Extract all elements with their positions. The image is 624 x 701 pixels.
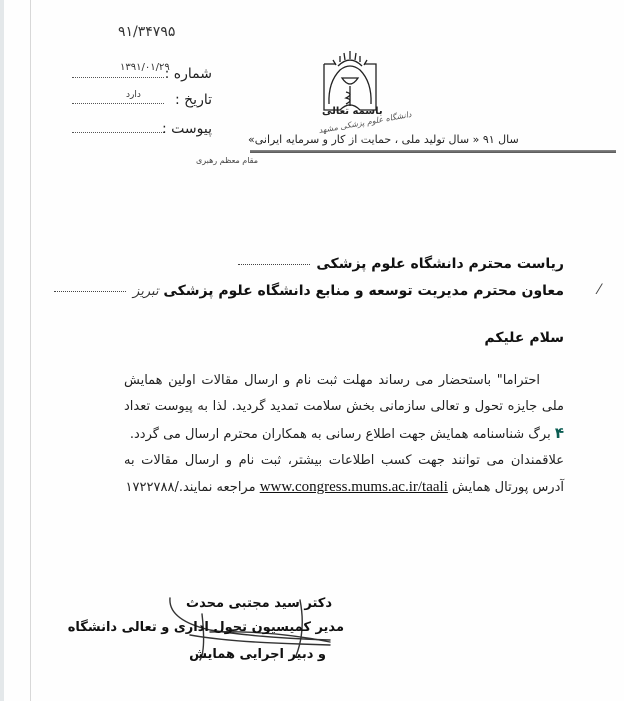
addressee-2-text: معاون محترم مدیریت توسعه و منابع دانشگاه… <box>163 283 564 299</box>
slogan-attribution: مقام معظم رهبری <box>196 156 258 165</box>
letter-date-field: دارد تاریخ : <box>72 88 212 108</box>
letter-number-label: شماره : <box>165 66 212 82</box>
addressee-1-text: ریاست محترم دانشگاه علوم پزشکی <box>316 256 564 272</box>
letter-number-value: ۱۳۹۱/۰۱/۲۹ <box>120 62 170 73</box>
conference-portal-link[interactable]: www.congress.mums.ac.ir/taali <box>260 479 448 495</box>
addressee-line-1: ریاست محترم دانشگاه علوم پزشکی <box>238 256 564 272</box>
letter-date-value: دارد <box>126 90 141 100</box>
attachment-field: پیوست : <box>72 117 212 137</box>
addressee-line-2: معاون محترم مدیریت توسعه و منابع دانشگاه… <box>54 283 564 299</box>
dotted-line <box>72 103 164 104</box>
attachment-label: پیوست : <box>162 121 212 137</box>
paragraph-1: احتراما" باستحضار می رساند مهلت ثبت نام … <box>124 368 564 448</box>
letter-date-label: تاریخ : <box>175 92 212 108</box>
dotted-line <box>54 291 126 292</box>
handwritten-city: تبریز <box>133 284 159 299</box>
dotted-line <box>72 77 164 78</box>
letter-body: احتراما" باستحضار می رساند مهلت ثبت نام … <box>124 368 564 501</box>
letter-number-field: ۱۳۹۱/۰۱/۲۹ شماره : <box>72 62 212 82</box>
dotted-line <box>72 132 164 133</box>
year-slogan: سال ۹۱ « سال تولید ملی ، حمایت از کار و … <box>248 133 519 146</box>
dotted-line <box>238 264 310 265</box>
scanned-letter-page: ۹۱/۳۴۷۹۵ ۱۳۹۱/۰۱/۲۹ شماره : دارد تاریخ :… <box>0 0 624 701</box>
scan-fold-line <box>30 0 31 701</box>
scan-edge <box>0 0 4 701</box>
greeting: سلام علیکم <box>484 330 564 346</box>
paragraph-2: علاقمندان می توانند جهت کسب اطلاعات بیشت… <box>124 448 564 501</box>
attachment-count: ۴ <box>555 424 564 442</box>
paragraph-2-text-b: مراجعه نمایند./۱۷۲۲۷۸۸ <box>126 480 256 495</box>
header-divider <box>250 150 616 153</box>
paragraph-1-text-a: احتراما" باستحضار می رساند مهلت ثبت نام … <box>124 373 564 414</box>
signatory-title-2: و دبیر اجرایی همایش <box>189 647 326 662</box>
signatory-title-1: مدیر کمیسیون تحول اداری و تعالی دانشگاه <box>68 620 344 635</box>
check-mark-icon: ⁄ <box>598 282 600 298</box>
signatory-name: دکتر سید مجتبی محدث <box>186 596 332 611</box>
paragraph-1-text-b: برگ شناسنامه همایش جهت اطلاع رسانی به هم… <box>130 427 551 442</box>
letter-reference-number: ۹۱/۳۴۷۹۵ <box>118 24 175 40</box>
